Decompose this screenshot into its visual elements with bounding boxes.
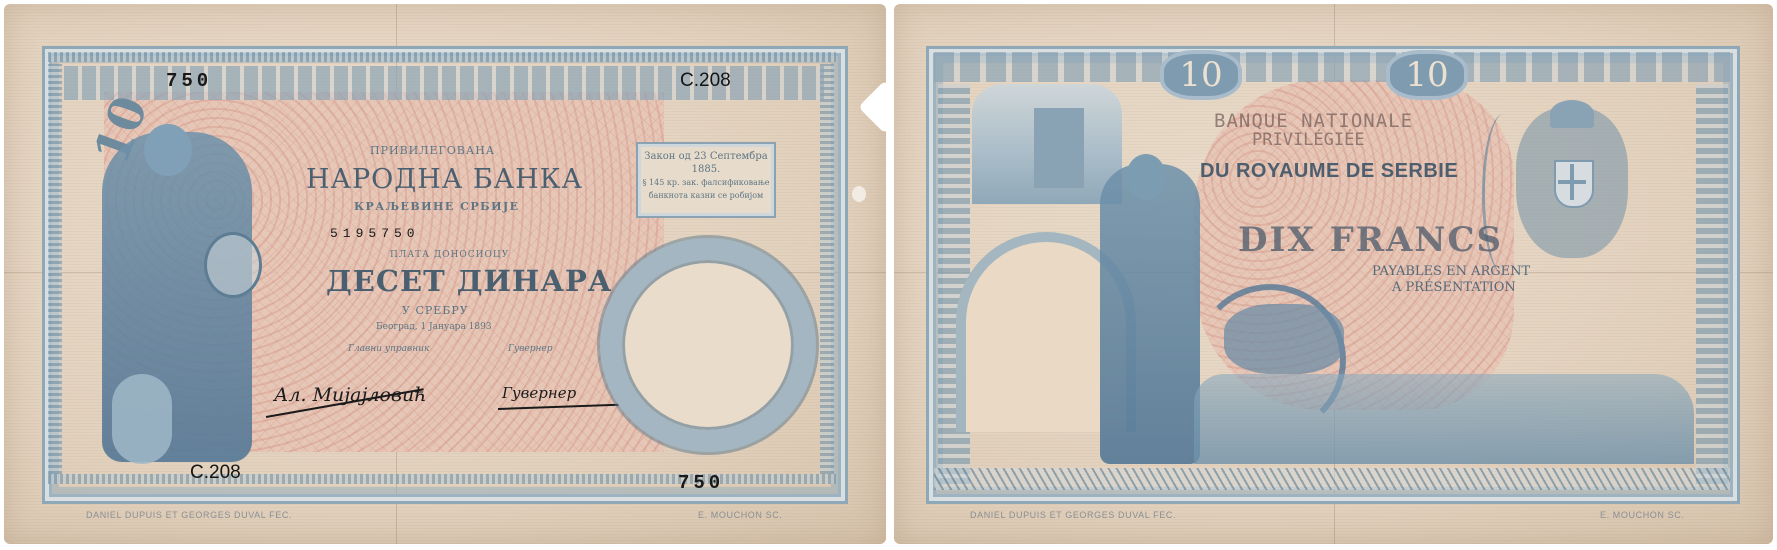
banknote-front: 10 750 C.208 Закон од 23 Септембра 1885.… (4, 4, 886, 544)
cartouche-line: Закон од 23 Септембра (638, 150, 774, 163)
ornamental-top-bar (934, 52, 1730, 82)
bank-name-line3: DU ROYAUME DE SERBIE (1200, 160, 1458, 183)
crown-icon (1550, 100, 1594, 128)
watermark-window (600, 238, 816, 452)
denomination-10-right: 10 (1390, 54, 1464, 96)
denomination-text: ДЕСЕТ ДИНАРА (326, 264, 612, 298)
ornamental-bottom-bar (934, 468, 1730, 490)
engraver-imprint-left: DANIEL DUPUIS ET GEORGES DUVAL FEC. (86, 510, 292, 520)
series-bottom-left: C.208 (190, 462, 241, 484)
bank-name-line2: PRIVILÉGIÉE (1252, 130, 1365, 150)
paper-damage (852, 186, 866, 202)
bank-privileged: ПРИВИЛЕГОВАНА (370, 144, 495, 157)
shield-cross-h (1558, 180, 1586, 184)
denomination-10-left: 10 (1164, 54, 1238, 96)
serial-bottom-right: 750 (678, 472, 724, 494)
peasant-figure (1100, 164, 1200, 464)
kingdom-text: КРАЉЕВИНЕ СРБИЈЕ (354, 200, 520, 213)
signature-label-left: Главни управник (348, 344, 429, 354)
figure-head (144, 124, 192, 176)
ox-figure (1224, 304, 1344, 374)
serial-top-left: 750 (166, 70, 212, 92)
engraver-imprint-right: E. MOUCHON SC. (1600, 510, 1684, 520)
pays-to-bearer: ПЛАТА ДОНОСИОЦУ (390, 250, 509, 260)
payable-line1: PAYABLES EN ARGENT (1372, 264, 1530, 279)
banknote-back: 10 10 BANQUE NATIONALE PRIVILÉGIÉE DU RO… (894, 4, 1773, 544)
payable-line2: A PRÉSENTATION (1392, 280, 1516, 295)
denomination-text: DIX FRANCS (1238, 220, 1503, 260)
harvest-produce (1194, 374, 1694, 464)
serial-number: 5195750 (330, 226, 420, 241)
series-top-right: C.208 (680, 70, 731, 92)
place-date: Београд, 1 Јануара 1893 (376, 322, 492, 332)
child-figure (112, 374, 172, 464)
cartouche-line: банкнота казни се робијом (638, 189, 774, 202)
gusle-instrument (204, 232, 262, 298)
frame-band-left (48, 64, 62, 474)
signature-label-right: Гувернер (508, 344, 553, 354)
in-silver: У СРЕБРУ (402, 304, 469, 317)
bank-name: НАРОДНА БАНКА (306, 164, 583, 195)
church-tower (1034, 108, 1084, 188)
engraver-imprint-left: DANIEL DUPUIS ET GEORGES DUVAL FEC. (970, 510, 1176, 520)
frame-band-right (820, 64, 834, 474)
cartouche-line: § 145 кр. зак. фалсификовање (638, 176, 774, 189)
bank-name-line1: BANQUE NATIONALE (1214, 110, 1413, 132)
law-cartouche: Закон од 23 Септембра 1885. § 145 кр. за… (636, 142, 776, 218)
peasant-head (1126, 154, 1166, 200)
pillar-right (1696, 84, 1728, 484)
cross-shield-icon (1554, 160, 1594, 208)
frame-band-top (48, 52, 836, 62)
signature-right: Гувернер (502, 384, 576, 402)
engraver-imprint-right: E. MOUCHON SC. (698, 510, 782, 520)
cartouche-line: 1885. (638, 163, 774, 176)
signature-left: Ал. Мијајловић (274, 384, 426, 406)
